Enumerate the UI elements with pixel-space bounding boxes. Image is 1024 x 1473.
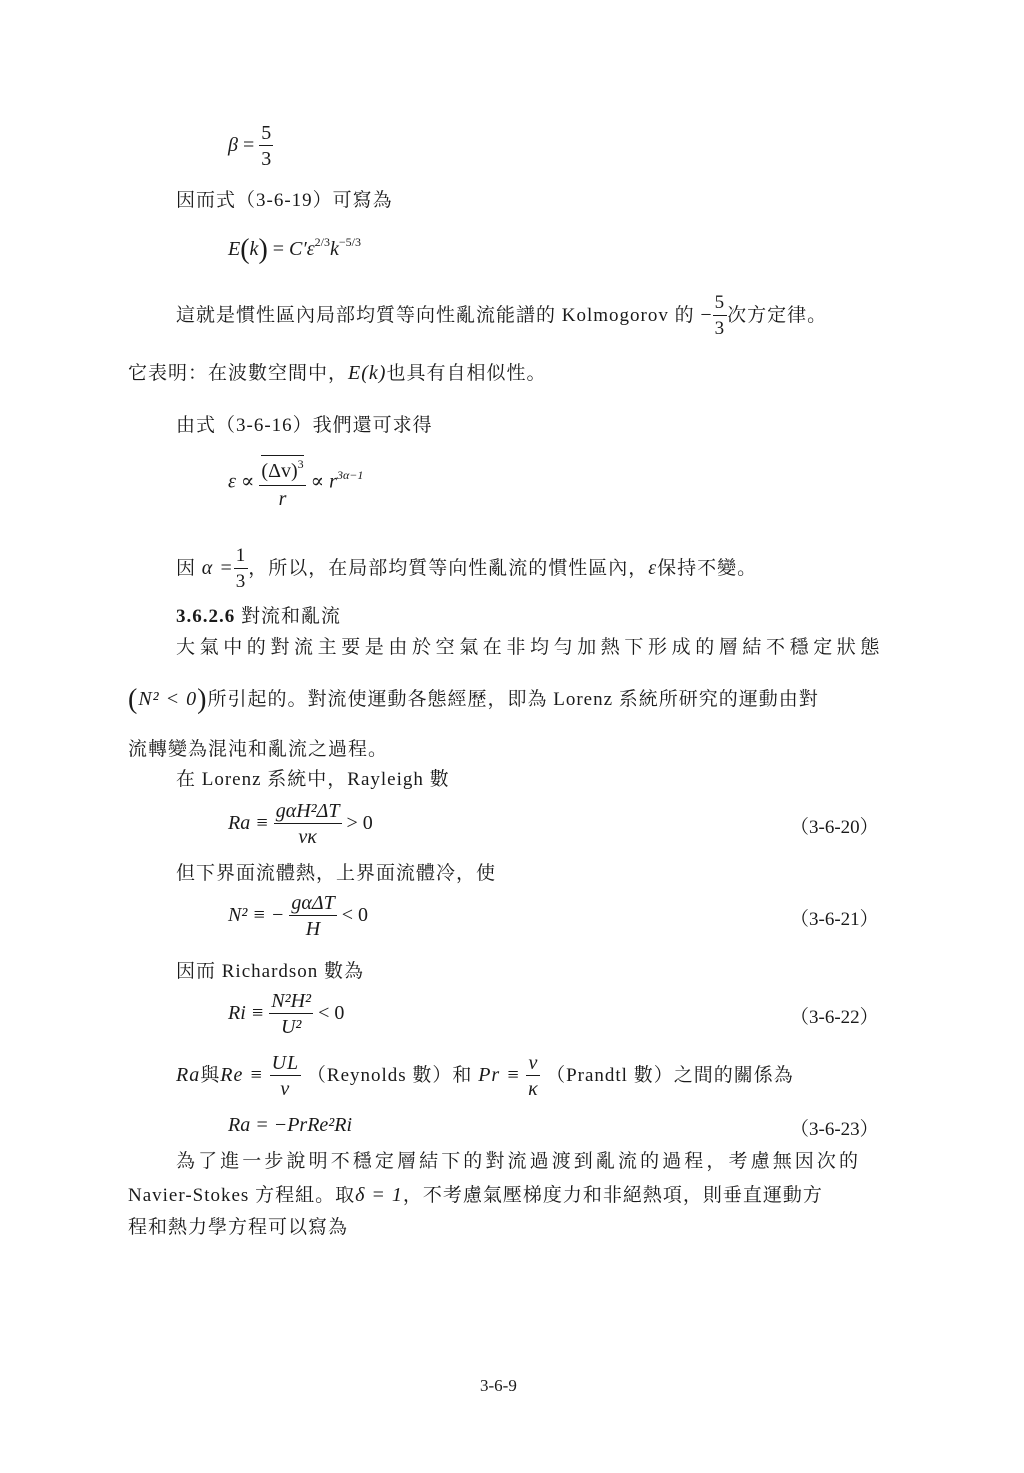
text-line: 在 Lorenz 系統中，Rayleigh 數 bbox=[176, 764, 450, 791]
denominator: 3 bbox=[259, 146, 273, 171]
denominator: H bbox=[289, 916, 336, 941]
rhs: < 0 bbox=[318, 1002, 344, 1024]
ek-inline: E(k) bbox=[348, 362, 386, 384]
text-line: 因而式（3-6-19）可寫為 bbox=[176, 185, 393, 212]
denominator: κ bbox=[526, 1076, 540, 1101]
delta-v: (Δv) bbox=[261, 460, 297, 482]
kolmogorov-line: 這就是慣性區內局部均質等向性亂流能譜的 Kolmogorov 的 − 5 3 次… bbox=[176, 292, 827, 341]
section-title: 對流和亂流 bbox=[241, 606, 341, 627]
text-line: 為了進一步說明不穩定層結下的對流過渡到亂流的過程，考慮無因次的 bbox=[176, 1146, 861, 1173]
text: ，不考慮氣壓梯度力和非絕熱項，則垂直運動方 bbox=[403, 1185, 823, 1206]
numerator: 5 bbox=[259, 122, 273, 146]
rhs: ∝ r bbox=[311, 471, 337, 493]
lhs: Ra ≡ bbox=[228, 812, 269, 834]
text: 所引起的。對流使運動各態經歷，即為 Lorenz 系統所研究的運動由對 bbox=[208, 689, 819, 710]
rhs: < 0 bbox=[342, 904, 368, 926]
energy-spectrum-equation: E(k) = C′ε2/3k−5/3 bbox=[228, 234, 361, 266]
exponent: 3α−1 bbox=[337, 468, 363, 482]
exponent: −5/3 bbox=[339, 235, 361, 249]
numerator: gαH²ΔT bbox=[274, 800, 342, 824]
numerator: 1 bbox=[234, 545, 249, 569]
numerator: (Δv)3 bbox=[259, 455, 305, 486]
text: （Reynolds 數）和 bbox=[307, 1065, 473, 1086]
equation-number: （3-6-23） bbox=[790, 1114, 879, 1141]
text: 也具有自相似性。 bbox=[386, 363, 546, 384]
epsilon: ε bbox=[648, 557, 657, 579]
text: 保持不變。 bbox=[657, 558, 757, 579]
text-line: 程和熱力學方程可以寫為 bbox=[128, 1212, 348, 1239]
lhs: Ri ≡ bbox=[228, 1002, 264, 1024]
numerator: UL bbox=[270, 1052, 302, 1076]
fraction: gαΔT H bbox=[289, 892, 336, 941]
numerator: N²H² bbox=[269, 990, 313, 1014]
fraction: gαH²ΔT νκ bbox=[274, 800, 342, 849]
text-line: 但下界面流體熱，上界面流體冷，使 bbox=[176, 858, 496, 885]
equals: = bbox=[243, 134, 254, 156]
text-line: 由式（3-6-16）我們還可求得 bbox=[176, 410, 433, 437]
numerator: gαΔT bbox=[289, 892, 336, 916]
delta-inline: δ = 1 bbox=[355, 1184, 403, 1206]
brunt-vaisala-equation: N² ≡ − gαΔT H < 0 bbox=[228, 892, 368, 941]
pr: Pr ≡ bbox=[478, 1064, 521, 1086]
lhs: N² ≡ − bbox=[228, 904, 284, 926]
text-line: 因而 Richardson 數為 bbox=[176, 956, 364, 983]
lhs: ε ∝ bbox=[228, 471, 254, 493]
text-line: 它表明：在波數空間中，E(k)也具有自相似性。 bbox=[128, 358, 546, 385]
text: ，所以，在局部均質等向性亂流的慣性區內， bbox=[248, 558, 648, 579]
re: Re ≡ bbox=[220, 1064, 264, 1086]
equation-number: （3-6-21） bbox=[790, 904, 879, 931]
page-number: 3-6-9 bbox=[480, 1376, 517, 1396]
richardson-equation: Ri ≡ N²H² U² < 0 bbox=[228, 990, 344, 1039]
equation-number: （3-6-20） bbox=[790, 812, 879, 839]
denominator: r bbox=[259, 486, 305, 511]
denominator: U² bbox=[269, 1014, 313, 1039]
equation-number: （3-6-22） bbox=[790, 1002, 879, 1029]
alpha-line: 因 α = 1 3 ，所以，在局部均質等向性亂流的慣性區內，ε保持不變。 bbox=[176, 545, 757, 594]
constant: C′ε bbox=[289, 238, 315, 260]
rhs: > 0 bbox=[347, 812, 373, 834]
text: 因 bbox=[176, 558, 196, 579]
beta-equation: β = 5 3 bbox=[228, 122, 273, 171]
rayleigh-equation: Ra ≡ gαH²ΔT νκ > 0 bbox=[228, 800, 373, 849]
fraction: UL ν bbox=[270, 1052, 302, 1101]
text-line: Navier-Stokes 方程組。取δ = 1，不考慮氣壓梯度力和非絕熱項，則… bbox=[128, 1180, 823, 1207]
fraction: 5 3 bbox=[259, 122, 273, 171]
text: 這就是慣性區內局部均質等向性亂流能譜的 Kolmogorov 的 bbox=[176, 305, 695, 326]
e-symbol: E bbox=[228, 238, 240, 260]
fraction: N²H² U² bbox=[269, 990, 313, 1039]
alpha-lhs: α = bbox=[202, 557, 234, 579]
text-line: 大氣中的對流主要是由於空氣在非均勻加熱下形成的層結不穩定狀態 bbox=[176, 632, 884, 659]
denominator: 3 bbox=[234, 569, 249, 594]
reynolds-prandtl-line: Ra與Re ≡ UL ν （Reynolds 數）和 Pr ≡ ν κ （Pra… bbox=[176, 1052, 794, 1101]
text: 與 bbox=[200, 1065, 220, 1086]
denominator: ν bbox=[270, 1076, 302, 1101]
text-line: (N² < 0)所引起的。對流使運動各態經歷，即為 Lorenz 系統所研究的運… bbox=[128, 684, 819, 716]
k-symbol: k bbox=[330, 238, 339, 260]
exponent: 3 bbox=[298, 457, 304, 471]
fraction: (Δv)3 r bbox=[259, 455, 305, 511]
fraction: ν κ bbox=[526, 1052, 540, 1101]
denominator: νκ bbox=[274, 824, 342, 849]
epsilon-equation: ε ∝ (Δv)3 r ∝ r3α−1 bbox=[228, 455, 363, 511]
text: 它表明：在波數空間中， bbox=[128, 363, 348, 384]
section-heading: 3.6.2.6 對流和亂流 bbox=[176, 601, 341, 628]
fraction: 5 3 bbox=[713, 292, 728, 341]
n2-inline: (N² < 0) bbox=[128, 688, 208, 710]
section-number: 3.6.2.6 bbox=[176, 606, 235, 627]
fraction: 1 3 bbox=[234, 545, 249, 594]
numerator: 5 bbox=[713, 292, 728, 316]
expr: N² < 0 bbox=[138, 688, 197, 710]
text: （Prandtl 數）之間的關係為 bbox=[546, 1065, 794, 1086]
relation-equation: Ra = −PrRe²Ri bbox=[228, 1114, 352, 1137]
text-line: 流轉變為混沌和亂流之過程。 bbox=[128, 734, 388, 761]
text: Navier-Stokes 方程組。取 bbox=[128, 1185, 355, 1206]
denominator: 3 bbox=[713, 316, 728, 341]
numerator: ν bbox=[526, 1052, 540, 1076]
beta-symbol: β bbox=[228, 134, 238, 156]
ra: Ra bbox=[176, 1064, 200, 1086]
minus-sign: − bbox=[700, 304, 712, 326]
exponent: 2/3 bbox=[315, 235, 330, 249]
text: 次方定律。 bbox=[727, 305, 827, 326]
